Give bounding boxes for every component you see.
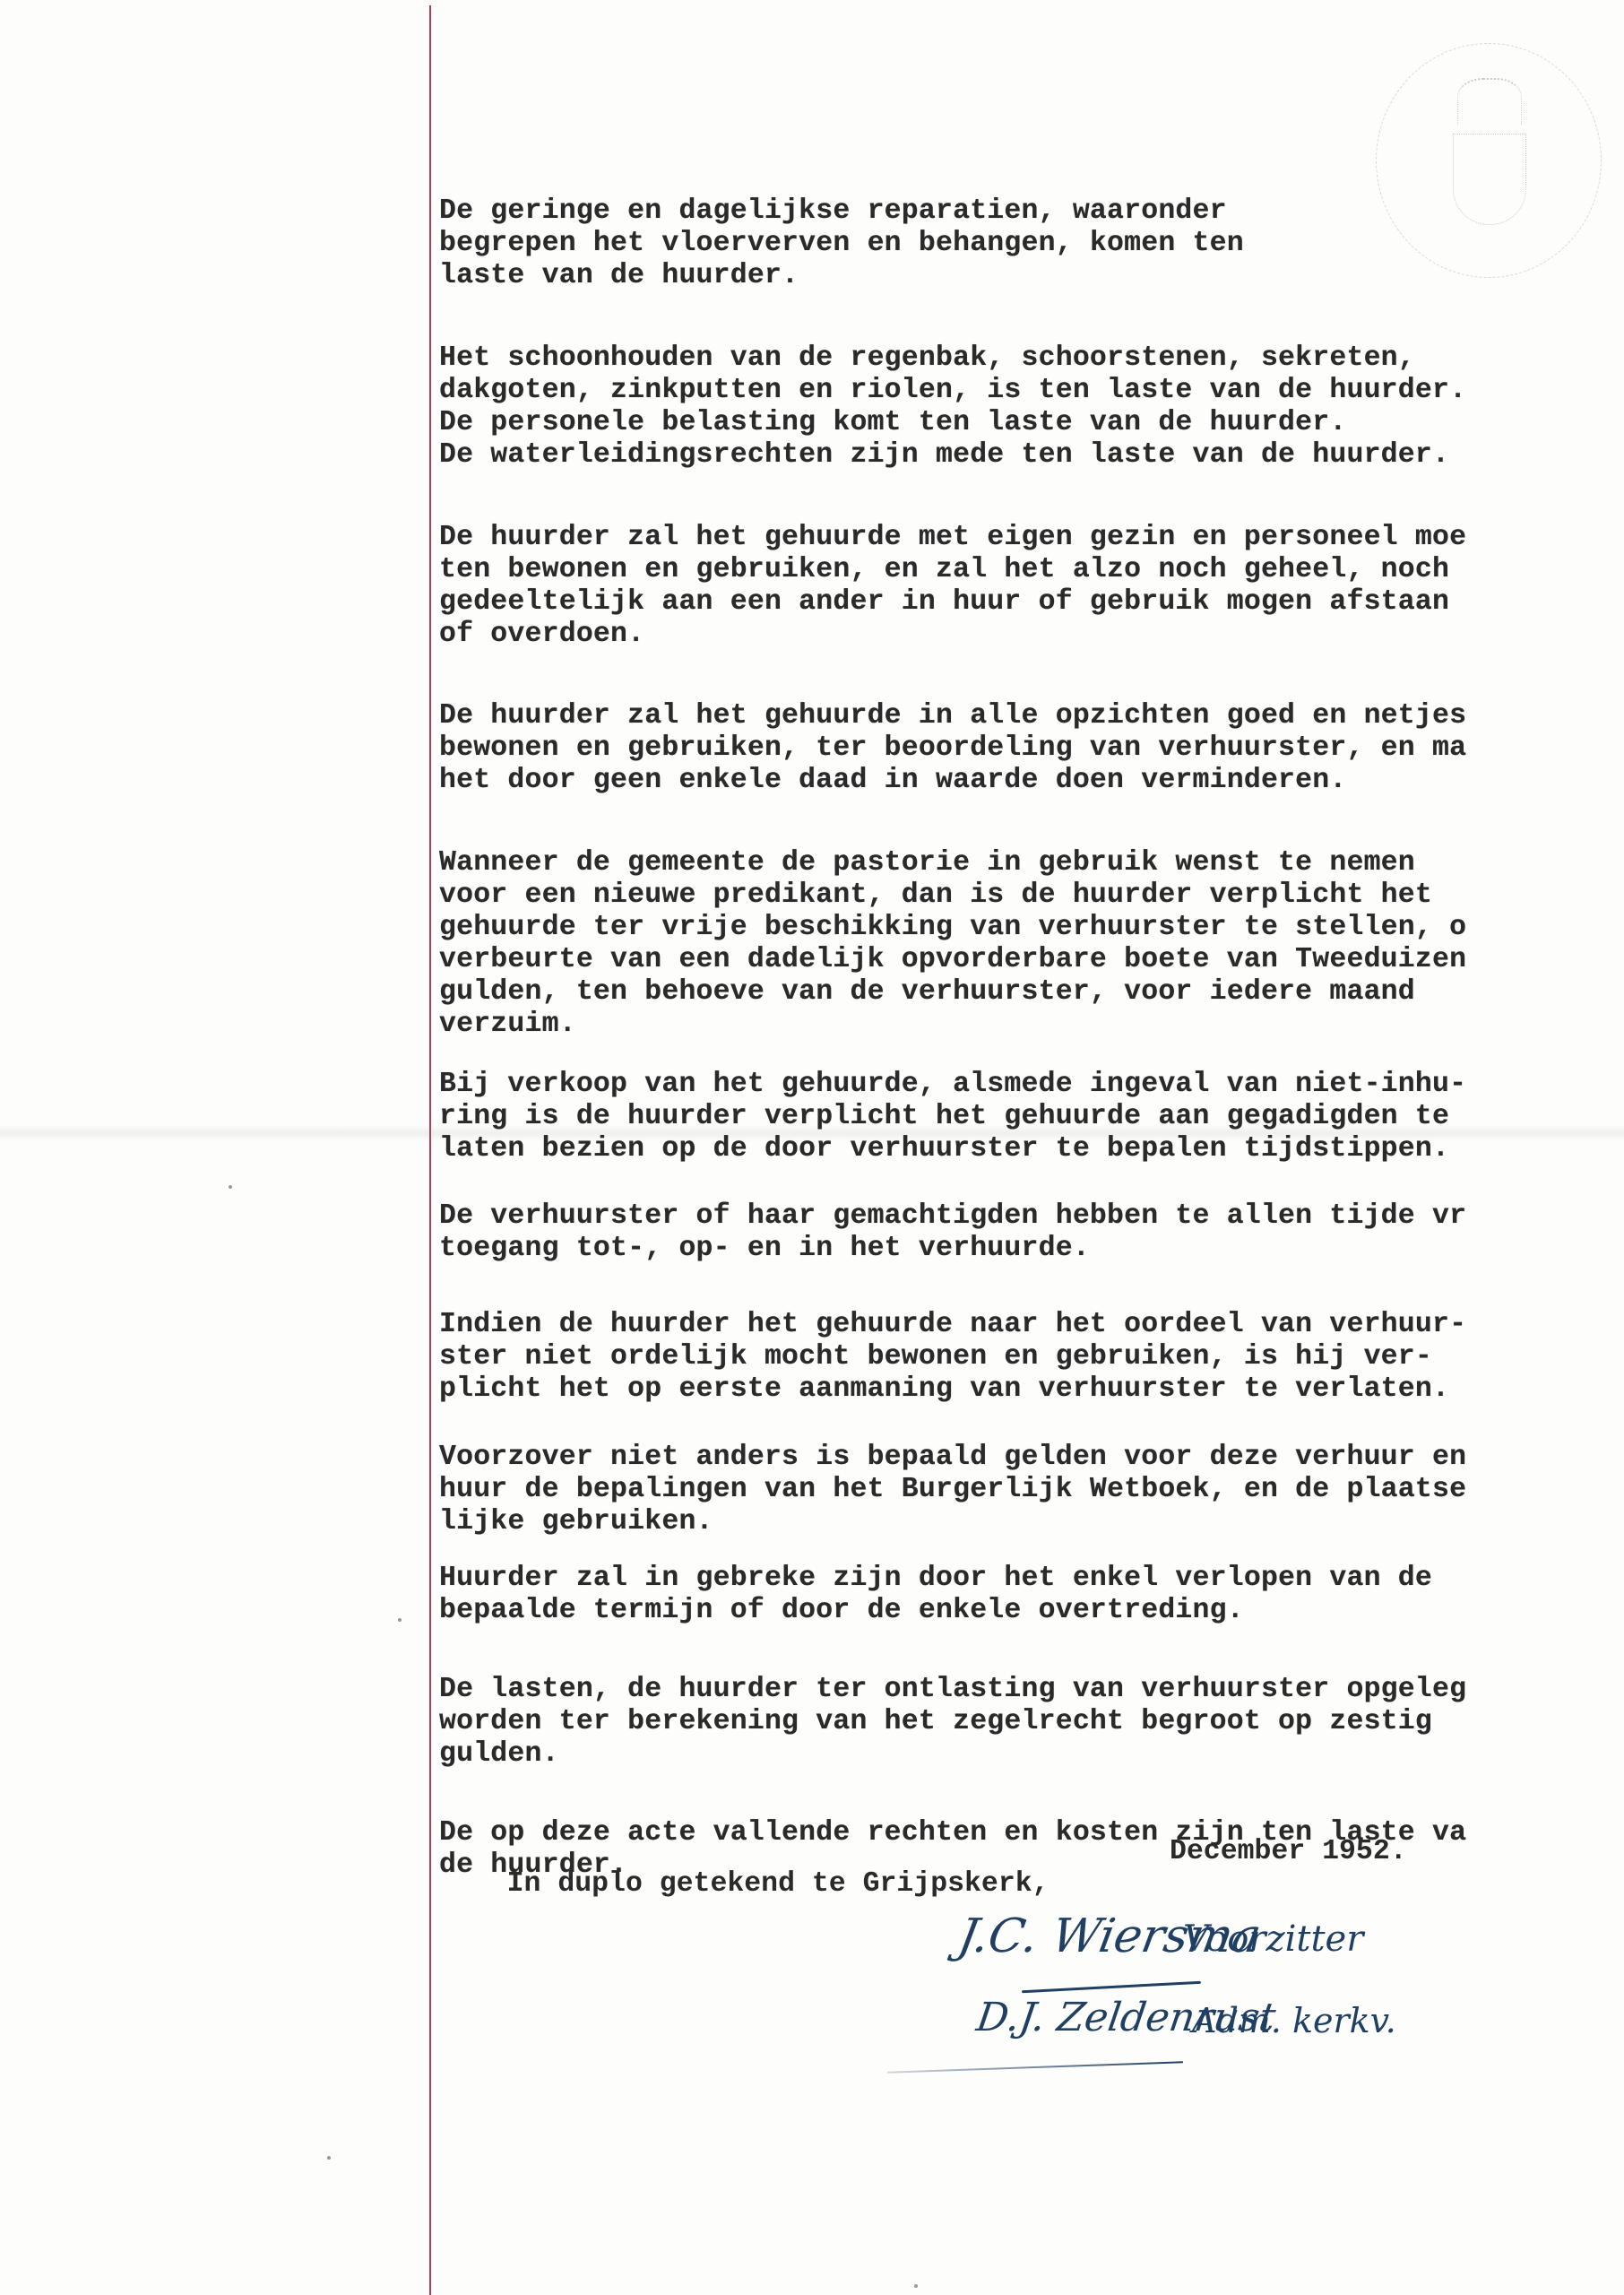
contract-line: De huurder zal het gehuurde in alle opzi… bbox=[439, 700, 1624, 732]
contract-line: huur de bepalingen van het Burgerlijk We… bbox=[439, 1474, 1624, 1506]
contract-line: Indien de huurder het gehuurde naar het … bbox=[439, 1309, 1624, 1341]
contract-line: begrepen het vloerverven en behangen, ko… bbox=[439, 228, 1624, 260]
contract-body: De geringe en dagelijkse reparatien, waa… bbox=[439, 195, 1624, 1882]
contract-line: of overdoen. bbox=[439, 619, 1624, 651]
contract-line: plicht het op eerste aanmaning van verhu… bbox=[439, 1373, 1624, 1406]
contract-paragraph: Bij verkoop van het gehuurde, alsmede in… bbox=[439, 1069, 1624, 1165]
contract-line: bewonen en gebruiken, ter beoordeling va… bbox=[439, 732, 1624, 765]
contract-paragraph: Huurder zal in gebreke zijn door het enk… bbox=[439, 1563, 1624, 1627]
contract-line: worden ter berekening van het zegelrecht… bbox=[439, 1706, 1624, 1738]
signature-2-role: Adm. kerkv. bbox=[1192, 2001, 1396, 2040]
contract-line: gehuurde ter vrije beschikking van verhu… bbox=[439, 912, 1624, 944]
contract-line: De personele belasting komt ten laste va… bbox=[439, 407, 1624, 439]
signature-2-underline bbox=[887, 2061, 1183, 2074]
crown-icon bbox=[1457, 78, 1522, 125]
contract-paragraph: De lasten, de huurder ter ontlasting van… bbox=[439, 1674, 1624, 1771]
contract-paragraph: De huurder zal het gehuurde in alle opzi… bbox=[439, 700, 1624, 797]
paper-speck bbox=[398, 1618, 402, 1622]
contract-line: ster niet ordelijk mocht bewonen en gebr… bbox=[439, 1341, 1624, 1373]
contract-line: ten bewonen en gebruiken, en zal het alz… bbox=[439, 554, 1624, 586]
contract-line: laten bezien op de door verhuurster te b… bbox=[439, 1133, 1624, 1165]
contract-paragraph: Indien de huurder het gehuurde naar het … bbox=[439, 1309, 1624, 1406]
contract-paragraph: De geringe en dagelijkse reparatien, waa… bbox=[439, 195, 1624, 292]
contract-line: De verhuurster of haar gemachtigden hebb… bbox=[439, 1200, 1624, 1233]
contract-line: De huurder zal het gehuurde met eigen ge… bbox=[439, 522, 1624, 554]
contract-line: ring is de huurder verplicht het gehuurd… bbox=[439, 1101, 1624, 1133]
contract-line: De lasten, de huurder ter ontlasting van… bbox=[439, 1674, 1624, 1706]
contract-line: De waterleidingsrechten zijn mede ten la… bbox=[439, 439, 1624, 472]
contract-line: lijke gebruiken. bbox=[439, 1506, 1624, 1538]
contract-paragraph: De verhuurster of haar gemachtigden hebb… bbox=[439, 1200, 1624, 1265]
red-margin-line bbox=[429, 5, 431, 2295]
contract-line: gedeeltelijk aan een ander in huur of ge… bbox=[439, 586, 1624, 619]
contract-line: De geringe en dagelijkse reparatien, waa… bbox=[439, 195, 1624, 228]
signing-place: In duplo getekend te Grijpskerk, bbox=[507, 1868, 1050, 1900]
contract-line: verbeurte van een dadelijk opvorderbare … bbox=[439, 944, 1624, 976]
contract-line: Voorzover niet anders is bepaald gelden … bbox=[439, 1442, 1624, 1474]
document-page: De geringe en dagelijkse reparatien, waa… bbox=[0, 0, 1624, 2295]
signing-date: December 1952. bbox=[1170, 1836, 1407, 1868]
contract-paragraph: Het schoonhouden van de regenbak, schoor… bbox=[439, 342, 1624, 472]
contract-paragraph: Wanneer de gemeente de pastorie in gebru… bbox=[439, 847, 1624, 1041]
signature-block: J.C. Wiersma Voorzitter D.J. Zeldenrust … bbox=[896, 1901, 1595, 2080]
contract-line: voor een nieuwe predikant, dan is de huu… bbox=[439, 879, 1624, 912]
contract-line: Het schoonhouden van de regenbak, schoor… bbox=[439, 342, 1624, 375]
paper-speck bbox=[327, 2156, 331, 2160]
contract-paragraph: Voorzover niet anders is bepaald gelden … bbox=[439, 1442, 1624, 1538]
signature-1-underline bbox=[1022, 1981, 1201, 1993]
signature-1-role: Voorzitter bbox=[1183, 1918, 1363, 1960]
paper-speck bbox=[914, 2284, 918, 2288]
contract-line: bepaalde termijn of door de enkele overt… bbox=[439, 1595, 1624, 1627]
contract-line: Bij verkoop van het gehuurde, alsmede in… bbox=[439, 1069, 1624, 1101]
contract-line: verzuim. bbox=[439, 1009, 1624, 1041]
contract-line: gulden, ten behoeve van de verhuurster, … bbox=[439, 976, 1624, 1009]
contract-line: toegang tot-, op- en in het verhuurde. bbox=[439, 1233, 1624, 1265]
contract-line: laste van de huurder. bbox=[439, 260, 1624, 292]
contract-paragraph: De huurder zal het gehuurde met eigen ge… bbox=[439, 522, 1624, 651]
contract-line: dakgoten, zinkputten en riolen, is ten l… bbox=[439, 375, 1624, 407]
contract-line: Huurder zal in gebreke zijn door het enk… bbox=[439, 1563, 1624, 1595]
paper-speck bbox=[229, 1185, 232, 1189]
contract-line: het door geen enkele daad in waarde doen… bbox=[439, 765, 1624, 797]
contract-line: Wanneer de gemeente de pastorie in gebru… bbox=[439, 847, 1624, 879]
contract-line: gulden. bbox=[439, 1738, 1624, 1771]
